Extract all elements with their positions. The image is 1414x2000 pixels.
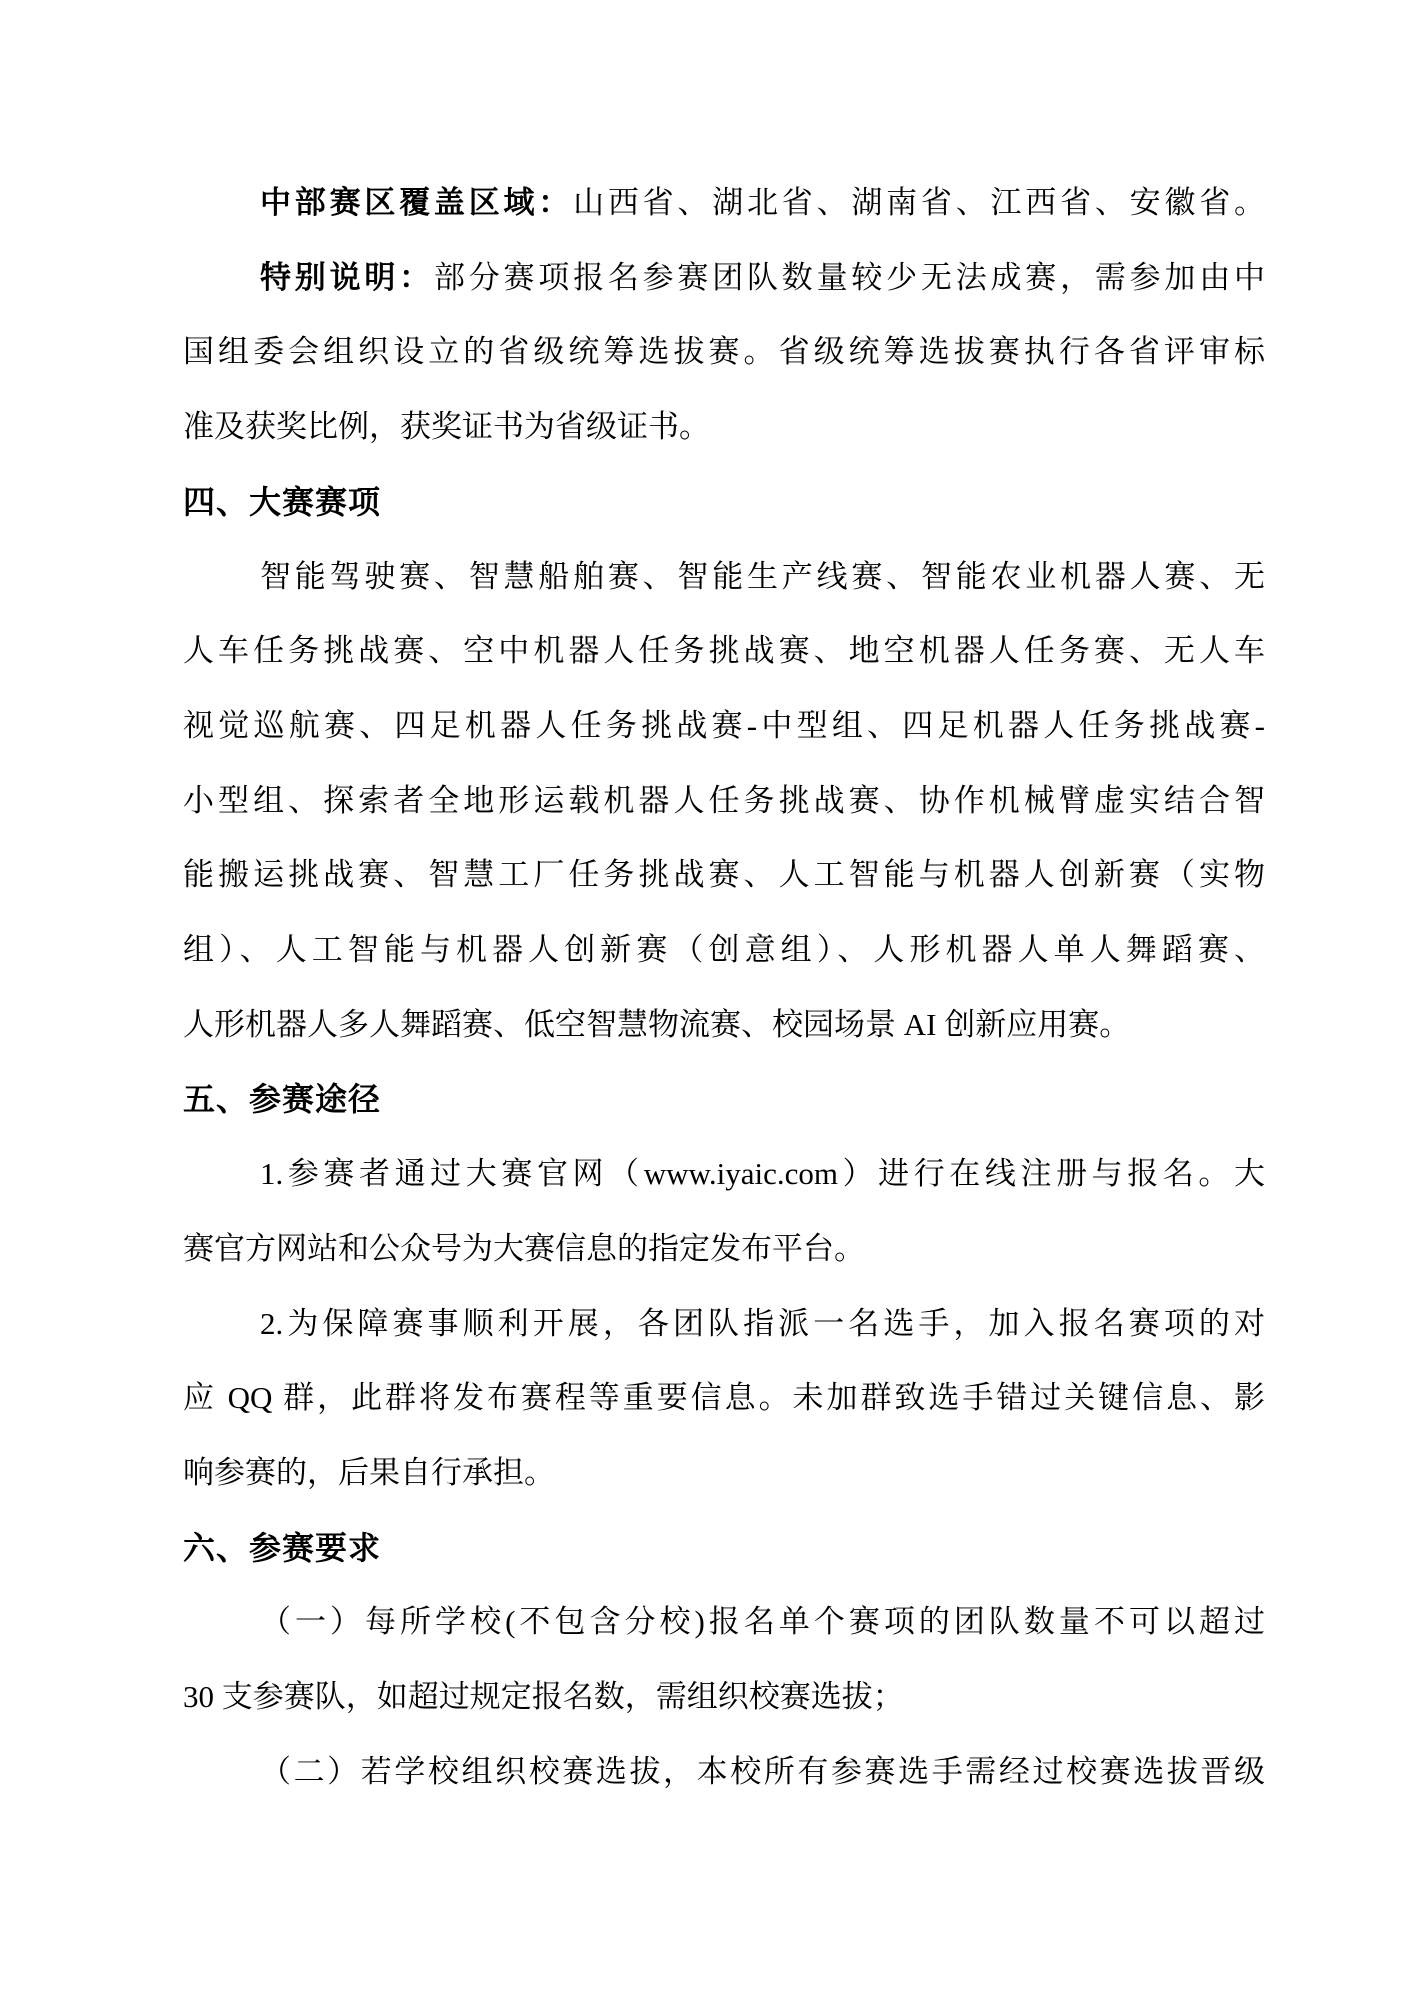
- paragraph: 智能驾驶赛、智慧船舶赛、智能生产线赛、智能农业机器人赛、无人车任务挑战赛、空中机…: [183, 540, 1265, 1063]
- text-line: 人车任务挑战赛、空中机器人任务挑战赛、地空机器人任务赛、无人车: [183, 614, 1265, 689]
- text-line: 视觉巡航赛、四足机器人任务挑战赛-中型组、四足机器人任务挑战赛-: [183, 689, 1265, 764]
- section-heading: 五、参赛途径: [183, 1062, 1265, 1137]
- text-line: 1.参赛者通过大赛官网（www.iyaic.com）进行在线注册与报名。大: [183, 1137, 1265, 1212]
- paragraph: （一）每所学校(不包含分校)报名单个赛项的团队数量不可以超过30 支参赛队，如超…: [183, 1585, 1265, 1734]
- line-text: 30 支参赛队，如超过规定报名数，需组织校赛选拔；: [183, 1679, 904, 1714]
- paragraph: （二）若学校组织校赛选拔，本校所有参赛选手需经过校赛选拔晋级: [183, 1735, 1265, 1810]
- line-text: 赛官方网站和公众号为大赛信息的指定发布平台。: [183, 1231, 865, 1266]
- line-text: 应 QQ 群，此群将发布赛程等重要信息。未加群致选手错过关键信息、影: [183, 1380, 1265, 1415]
- line-text: 五、参赛途径: [183, 1081, 381, 1117]
- line-text: 响参赛的，后果自行承担。: [183, 1455, 555, 1490]
- line-text: 人车任务挑战赛、空中机器人任务挑战赛、地空机器人任务赛、无人车: [183, 633, 1265, 668]
- bold-lead-text: 特别说明：: [260, 260, 434, 295]
- text-line: 人形机器人多人舞蹈赛、低空智慧物流赛、校园场景 AI 创新应用赛。: [183, 988, 1265, 1063]
- text-line: 30 支参赛队，如超过规定报名数，需组织校赛选拔；: [183, 1660, 1265, 1735]
- text-line: 2.为保障赛事顺利开展，各团队指派一名选手，加入报名赛项的对: [183, 1287, 1265, 1362]
- text-line: 组）、人工智能与机器人创新赛（创意组）、人形机器人单人舞蹈赛、: [183, 913, 1265, 988]
- heading-line: 四、大赛赛项: [183, 465, 1265, 540]
- line-text: 能搬运挑战赛、智慧工厂任务挑战赛、人工智能与机器人创新赛（实物: [183, 857, 1265, 892]
- document-page: 中部赛区覆盖区域：山西省、湖北省、湖南省、江西省、安徽省。特别说明：部分赛项报名…: [0, 0, 1414, 2000]
- line-text: 小型组、探索者全地形运载机器人任务挑战赛、协作机械臂虚实结合智: [183, 783, 1265, 818]
- text-line: 能搬运挑战赛、智慧工厂任务挑战赛、人工智能与机器人创新赛（实物: [183, 838, 1265, 913]
- line-text: 组）、人工智能与机器人创新赛（创意组）、人形机器人单人舞蹈赛、: [183, 932, 1265, 967]
- text-line: 准及获奖比例，获奖证书为省级证书。: [183, 390, 1265, 465]
- text-line: 小型组、探索者全地形运载机器人任务挑战赛、协作机械臂虚实结合智: [183, 764, 1265, 839]
- text-line: 智能驾驶赛、智慧船舶赛、智能生产线赛、智能农业机器人赛、无: [183, 540, 1265, 615]
- heading-line: 六、参赛要求: [183, 1511, 1265, 1586]
- paragraph: 1.参赛者通过大赛官网（www.iyaic.com）进行在线注册与报名。大赛官方…: [183, 1137, 1265, 1286]
- text-line: 响参赛的，后果自行承担。: [183, 1436, 1265, 1511]
- text-line: 中部赛区覆盖区域：山西省、湖北省、湖南省、江西省、安徽省。: [183, 166, 1265, 241]
- section-heading: 六、参赛要求: [183, 1511, 1265, 1586]
- line-text: 准及获奖比例，获奖证书为省级证书。: [183, 409, 710, 444]
- line-text: （二）若学校组织校赛选拔，本校所有参赛选手需经过校赛选拔晋级: [260, 1754, 1265, 1789]
- bold-lead-text: 中部赛区覆盖区域：: [260, 185, 573, 220]
- text-line: （一）每所学校(不包含分校)报名单个赛项的团队数量不可以超过: [183, 1585, 1265, 1660]
- line-text: 视觉巡航赛、四足机器人任务挑战赛-中型组、四足机器人任务挑战赛-: [183, 708, 1265, 743]
- line-text: 山西省、湖北省、湖南省、江西省、安徽省。: [573, 185, 1265, 220]
- heading-line: 五、参赛途径: [183, 1062, 1265, 1137]
- text-line: 国组委会组织设立的省级统筹选拔赛。省级统筹选拔赛执行各省评审标: [183, 315, 1265, 390]
- paragraph: 特别说明：部分赛项报名参赛团队数量较少无法成赛，需参加由中国组委会组织设立的省级…: [183, 241, 1265, 465]
- line-text: （一）每所学校(不包含分校)报名单个赛项的团队数量不可以超过: [260, 1604, 1265, 1639]
- text-line: 赛官方网站和公众号为大赛信息的指定发布平台。: [183, 1212, 1265, 1287]
- text-line: 应 QQ 群，此群将发布赛程等重要信息。未加群致选手错过关键信息、影: [183, 1361, 1265, 1436]
- text-line: （二）若学校组织校赛选拔，本校所有参赛选手需经过校赛选拔晋级: [183, 1735, 1265, 1810]
- paragraph: 中部赛区覆盖区域：山西省、湖北省、湖南省、江西省、安徽省。: [183, 166, 1265, 241]
- line-text: 六、参赛要求: [183, 1530, 381, 1566]
- paragraph: 2.为保障赛事顺利开展，各团队指派一名选手，加入报名赛项的对应 QQ 群，此群将…: [183, 1287, 1265, 1511]
- line-text: 1.参赛者通过大赛官网（www.iyaic.com）进行在线注册与报名。大: [260, 1156, 1265, 1191]
- line-text: 2.为保障赛事顺利开展，各团队指派一名选手，加入报名赛项的对: [260, 1306, 1265, 1341]
- section-heading: 四、大赛赛项: [183, 465, 1265, 540]
- line-text: 智能驾驶赛、智慧船舶赛、智能生产线赛、智能农业机器人赛、无: [260, 559, 1265, 594]
- text-line: 特别说明：部分赛项报名参赛团队数量较少无法成赛，需参加由中: [183, 241, 1265, 316]
- line-text: 四、大赛赛项: [183, 484, 381, 520]
- line-text: 国组委会组织设立的省级统筹选拔赛。省级统筹选拔赛执行各省评审标: [183, 334, 1265, 369]
- line-text: 人形机器人多人舞蹈赛、低空智慧物流赛、校园场景 AI 创新应用赛。: [183, 1007, 1130, 1042]
- line-text: 部分赛项报名参赛团队数量较少无法成赛，需参加由中: [434, 260, 1265, 295]
